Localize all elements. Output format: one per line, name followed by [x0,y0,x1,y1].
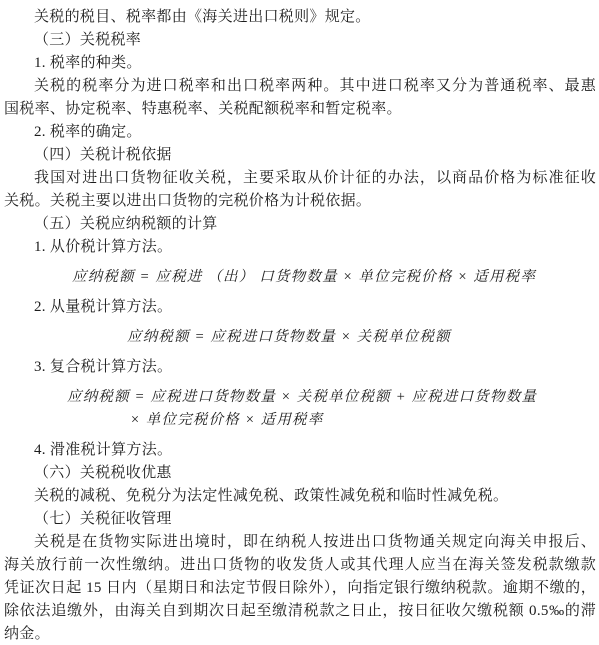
item-2-rate-determination: 2. 税率的确定。 [4,121,596,144]
formula-ad-valorem: 应纳税额 = 应税进 （出） 口货物数量 × 单位完税价格 × 适用税率 [72,266,599,289]
item-1-rate-types: 1. 税率的种类。 [4,52,596,75]
heading-section-4: （四）关税计税依据 [4,144,596,167]
text-line-collection-3: 凭证次日起 15 日内（星期日和法定节假日除外），向指定银行缴纳税款。逾期不缴的… [4,577,596,600]
text-line-tax-basis-1: 我国对进出口货物征收关税，主要采取从价计征的办法，以商品价格为标准征收 [4,167,596,190]
text-line-collection-5: 纳金。 [4,623,596,645]
text-line-collection-4: 除依法追缴外，由海关自到期次日起至缴清税款之日止，按日征收欠缴税额 0.5‰的滞 [4,600,596,623]
heading-section-5: （五）关税应纳税额的计算 [4,213,596,236]
item-1-ad-valorem-method: 1. 从价税计算方法。 [4,236,596,259]
text-line-collection-1: 关税是在货物实际进出境时，即在纳税人按进出口货物通关规定向海关申报后、 [4,531,596,554]
text-line-rate-kinds-2: 国税率、协定税率、特惠税率、关税配额税率和暂定税率。 [4,98,596,121]
formula-specific-duty: 应纳税额 = 应税进口货物数量 × 关税单位税额 [127,326,599,349]
item-2-specific-duty-method: 2. 从量税计算方法。 [4,296,596,319]
text-line-tariff-schedule: 关税的税目、税率都由《海关进出口税则》规定。 [4,6,596,29]
formula-compound-duty-1: 应纳税额 = 应税进口货物数量 × 关税单位税额 + 应税进口货物数量 [67,386,599,409]
formula-compound-duty-2: × 单位完税价格 × 适用税率 [130,409,599,432]
text-line-collection-2: 海关放行前一次性缴纳。进出口货物的收发货人或其代理人应当在海关签发税款缴款 [4,554,596,577]
text-line-tax-basis-2: 关税。关税主要以进出口货物的完税价格为计税依据。 [4,190,596,213]
heading-section-7: （七）关税征收管理 [4,508,596,531]
item-3-compound-duty-method: 3. 复合税计算方法。 [4,356,596,379]
document-page: 关税的税目、税率都由《海关进出口税则》规定。 （三）关税税率 1. 税率的种类。… [0,0,599,645]
heading-section-3: （三）关税税率 [4,29,596,52]
heading-section-6: （六）关税税收优惠 [4,462,596,485]
text-line-rate-kinds-1: 关税的税率分为进口税率和出口税率两种。其中进口税率又分为普通税率、最惠 [4,75,596,98]
item-4-sliding-duty-method: 4. 滑准税计算方法。 [4,439,596,462]
text-line-tax-reduction: 关税的减税、免税分为法定性减免税、政策性减免税和临时性减免税。 [4,485,596,508]
